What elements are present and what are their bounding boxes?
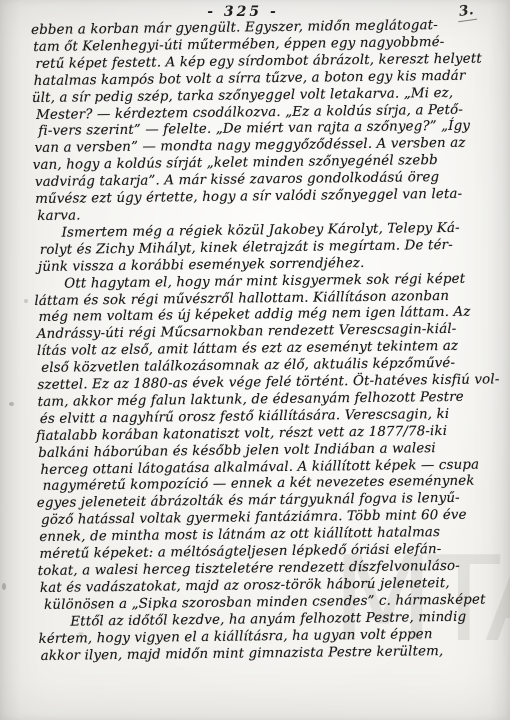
- scan-speck: [2, 583, 6, 590]
- scan-speck: [24, 299, 28, 303]
- scan-speck: [9, 402, 14, 406]
- page-number: - 325 -: [178, 4, 308, 20]
- manuscript-text: ebben a korban már gyengült. Egyszer, mi…: [33, 17, 510, 665]
- manuscript-page: MTA - 325 - 3. ebben a korban már gyengü…: [0, 0, 510, 720]
